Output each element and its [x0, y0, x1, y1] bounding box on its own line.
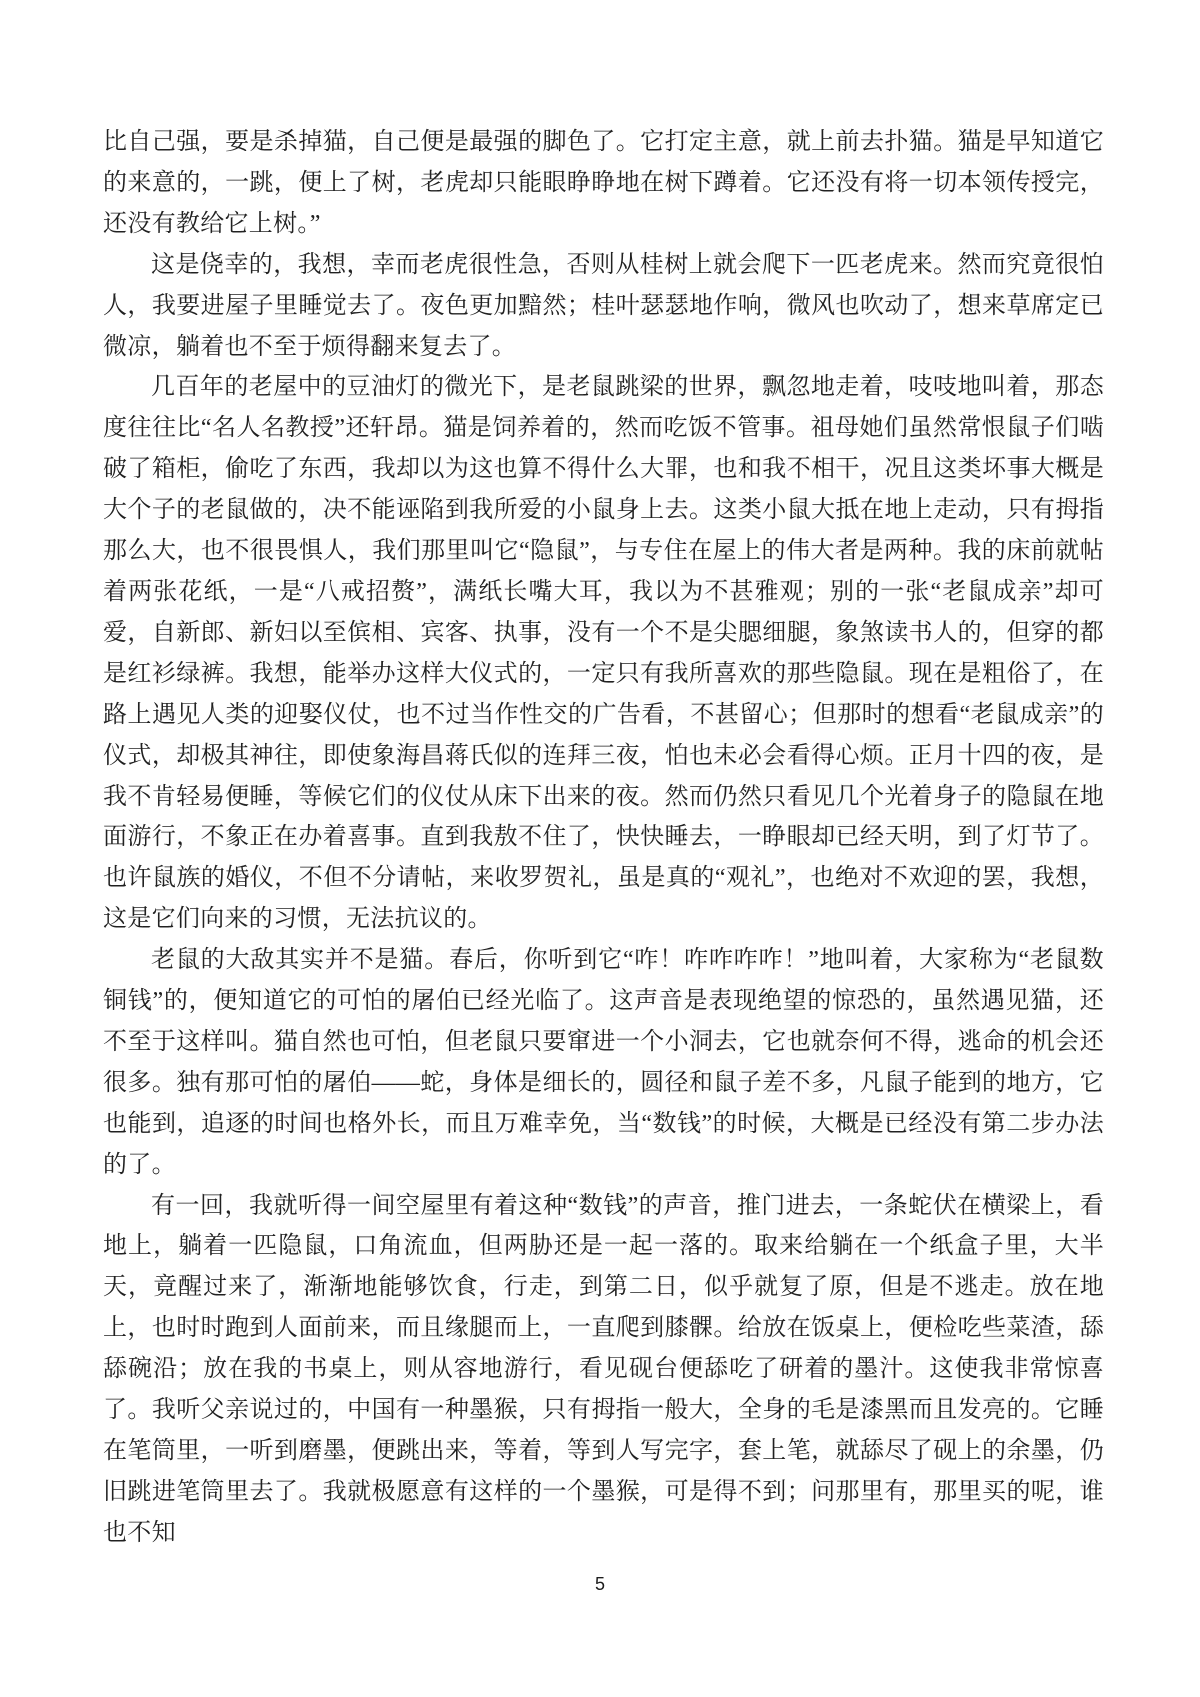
- paragraph-5: 有一回，我就听得一间空屋里有着这种“数钱”的声音，推门进去，一条蛇伏在横梁上，看…: [103, 1186, 1104, 1554]
- paragraph-2: 这是侥幸的，我想，幸而老虎很性急，否则从桂树上就会爬下一匹老虎来。然而究竟很怕人…: [103, 245, 1104, 368]
- paragraph-3: 几百年的老屋中的豆油灯的微光下，是老鼠跳梁的世界，飘忽地走着，吱吱地叫着，那态度…: [103, 367, 1104, 940]
- paragraph-1: 比自己强，要是杀掉猫，自己便是最强的脚色了。它打定主意，就上前去扑猫。猫是早知道…: [103, 122, 1104, 245]
- page-number: 5: [0, 1574, 1200, 1595]
- document-page: 比自己强，要是杀掉猫，自己便是最强的脚色了。它打定主意，就上前去扑猫。猫是早知道…: [0, 0, 1200, 1697]
- paragraph-4: 老鼠的大敌其实并不是猫。春后，你听到它“咋！咋咋咋咋！”地叫着，大家称为“老鼠数…: [103, 940, 1104, 1185]
- body-text: 比自己强，要是杀掉猫，自己便是最强的脚色了。它打定主意，就上前去扑猫。猫是早知道…: [103, 122, 1104, 1554]
